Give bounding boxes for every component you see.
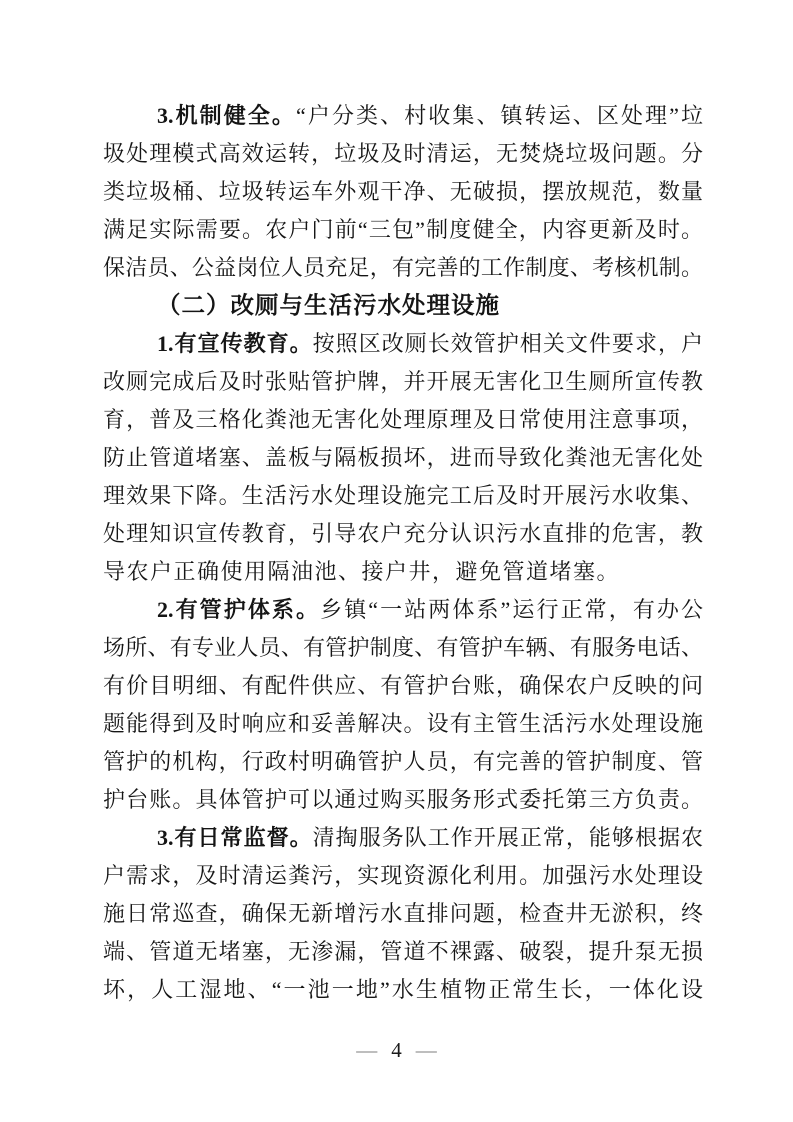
text-line: 户需求，及时清运粪污，实现资源化利用。加强污水处理设	[103, 857, 703, 895]
line-text: 题能得到及时响应和妥善解决。设有主管生活污水处理设施	[103, 711, 703, 736]
text-line: 3.有日常监督。清掏服务队工作开展正常，能够根据农	[103, 819, 703, 857]
text-line: 导农户正确使用隔油池、接户井，避免管道堵塞。	[103, 553, 703, 591]
footer-dash-right: —	[416, 1038, 437, 1062]
text-line: 类垃圾桶、垃圾转运车外观干净、无破损，摆放规范，数量	[103, 173, 703, 211]
text-line: 坏，人工湿地、“一池一地”水生植物正常生长，一体化设	[103, 971, 703, 1009]
text-line: 改厕完成后及时张贴管护牌，并开展无害化卫生厕所宣传教	[103, 363, 703, 401]
text-line: 满足实际需要。农户门前“三包”制度健全，内容更新及时。	[103, 211, 703, 249]
page-footer: —4—	[0, 1036, 793, 1064]
line-text: 有价目明细、有配件供应、有管护台账，确保农户反映的问	[103, 673, 703, 698]
line-text: 乡镇“一站两体系”运行正常，有办公	[320, 597, 703, 622]
document-page: 3.机制健全。“户分类、村收集、镇转运、区处理”垃圾处理模式高效运转，垃圾及时清…	[0, 0, 793, 1122]
text-line: 保洁员、公益岗位人员充足，有完善的工作制度、考核机制。	[103, 249, 703, 287]
line-text: 育，普及三格化粪池无害化处理原理及日常使用注意事项，	[103, 407, 703, 432]
paragraph-lead-bold: 1.有宣传教育。	[157, 331, 313, 356]
text-line: 场所、有专业人员、有管护制度、有管护车辆、有服务电话、	[103, 629, 703, 667]
text-line: 理效果下降。生活污水处理设施完工后及时开展污水收集、	[103, 477, 703, 515]
paragraph-lead-bold: 3.有日常监督。	[157, 825, 313, 850]
text-line: 有价目明细、有配件供应、有管护台账，确保农户反映的问	[103, 667, 703, 705]
text-line: 圾处理模式高效运转，垃圾及时清运，无焚烧垃圾问题。分	[103, 135, 703, 173]
line-text: 类垃圾桶、垃圾转运车外观干净、无破损，摆放规范，数量	[103, 179, 703, 204]
line-text: “户分类、村收集、镇转运、区处理”垃	[296, 103, 703, 128]
text-line: 端、管道无堵塞，无渗漏，管道不裸露、破裂，提升泵无损	[103, 933, 703, 971]
line-text: 管护的机构，行政村明确管护人员，有完善的管护制度、管	[103, 749, 703, 774]
line-text: 端、管道无堵塞，无渗漏，管道不裸露、破裂，提升泵无损	[103, 939, 703, 964]
paragraph-lead-bold: 2.有管护体系。	[157, 597, 320, 622]
line-text: 保洁员、公益岗位人员充足，有完善的工作制度、考核机制。	[103, 255, 703, 280]
line-text: （二）改厕与生活污水处理设施	[157, 293, 500, 319]
text-line: 处理知识宣传教育，引导农户充分认识污水直排的危害，教	[103, 515, 703, 553]
line-text: 按照区改厕长效管护相关文件要求，户	[313, 331, 703, 356]
paragraph-lead-bold: 3.机制健全。	[157, 103, 296, 128]
line-text: 防止管道堵塞、盖板与隔板损坏，进而导致化粪池无害化处	[103, 445, 703, 470]
line-text: 圾处理模式高效运转，垃圾及时清运，无焚烧垃圾问题。分	[103, 141, 703, 166]
text-line: 防止管道堵塞、盖板与隔板损坏，进而导致化粪池无害化处	[103, 439, 703, 477]
text-line: 题能得到及时响应和妥善解决。设有主管生活污水处理设施	[103, 705, 703, 743]
document-body: 3.机制健全。“户分类、村收集、镇转运、区处理”垃圾处理模式高效运转，垃圾及时清…	[103, 97, 703, 1009]
line-text: 场所、有专业人员、有管护制度、有管护车辆、有服务电话、	[103, 635, 703, 660]
line-text: 坏，人工湿地、“一池一地”水生植物正常生长，一体化设	[103, 977, 703, 1002]
line-text: 护台账。具体管护可以通过购买服务形式委托第三方负责。	[103, 787, 703, 812]
line-text: 处理知识宣传教育，引导农户充分认识污水直排的危害，教	[103, 521, 703, 546]
page-number: 4	[391, 1036, 402, 1064]
line-text: 改厕完成后及时张贴管护牌，并开展无害化卫生厕所宣传教	[103, 369, 703, 394]
line-text: 导农户正确使用隔油池、接户井，避免管道堵塞。	[103, 559, 620, 584]
text-line: 施日常巡查，确保无新增污水直排问题，检查井无淤积，终	[103, 895, 703, 933]
text-line: 1.有宣传教育。按照区改厕长效管护相关文件要求，户	[103, 325, 703, 363]
footer-dash-left: —	[356, 1038, 377, 1062]
line-text: 满足实际需要。农户门前“三包”制度健全，内容更新及时。	[103, 217, 703, 242]
line-text: 清掏服务队工作开展正常，能够根据农	[313, 825, 703, 850]
text-line: 2.有管护体系。乡镇“一站两体系”运行正常，有办公	[103, 591, 703, 629]
line-text: 施日常巡查，确保无新增污水直排问题，检查井无淤积，终	[103, 901, 703, 926]
text-line: 育，普及三格化粪池无害化处理原理及日常使用注意事项，	[103, 401, 703, 439]
text-line: 护台账。具体管护可以通过购买服务形式委托第三方负责。	[103, 781, 703, 819]
line-text: 户需求，及时清运粪污，实现资源化利用。加强污水处理设	[103, 863, 703, 888]
text-line: 3.机制健全。“户分类、村收集、镇转运、区处理”垃	[103, 97, 703, 135]
section-heading: （二）改厕与生活污水处理设施	[103, 287, 703, 325]
line-text: 理效果下降。生活污水处理设施完工后及时开展污水收集、	[103, 483, 703, 508]
text-line: 管护的机构，行政村明确管护人员，有完善的管护制度、管	[103, 743, 703, 781]
